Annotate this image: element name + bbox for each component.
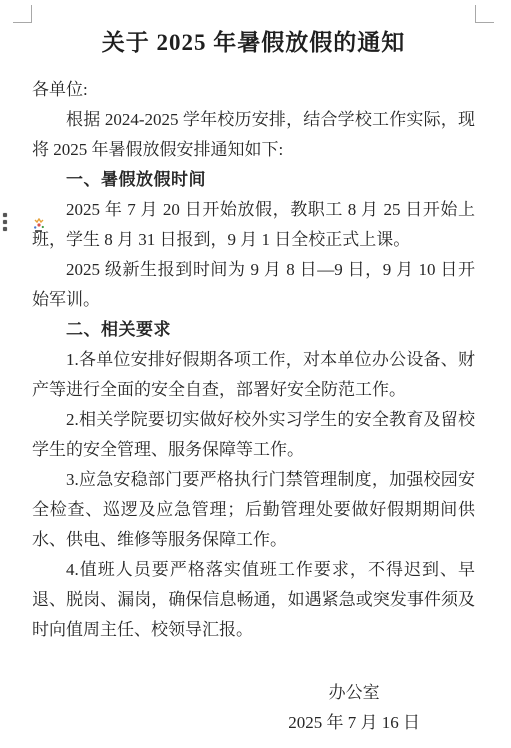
section-heading-2[interactable]: 二、相关要求	[32, 315, 475, 345]
salutation[interactable]: 各单位:	[32, 75, 475, 105]
signature-org: 办公室	[288, 678, 420, 708]
margin-crop-mark-top-right-icon	[475, 5, 494, 23]
paragraph-holiday-dates[interactable]: 2025 年 7 月 20 日开始放假，教职工 8 月 25 日开始上班，学生 …	[32, 195, 475, 255]
paragraph-intro[interactable]: 根据 2024-2025 学年校历安排，结合学校工作实际，现将 2025 年暑假…	[32, 105, 475, 165]
paragraph-freshman-dates[interactable]: 2025 级新生报到时间为 9 月 8 日—9 日，9 月 10 日开始军训。	[32, 255, 475, 315]
paragraph-requirement-4[interactable]: 4.值班人员要严格落实值班工作要求，不得迟到、早退、脱岗、漏岗，确保信息畅通，如…	[32, 555, 475, 645]
margin-crop-mark-top-left-icon	[13, 5, 32, 23]
document-title: 关于 2025 年暑假放假的通知	[32, 28, 475, 58]
document-page[interactable]: 关于 2025 年暑假放假的通知 各单位: 根据 2024-2025 学年校历安…	[0, 0, 511, 748]
paragraph-requirement-1[interactable]: 1.各单位安排好假期各项工作，对本单位办公设备、财产等进行全面的安全自查，部署好…	[32, 345, 475, 405]
paragraph-requirement-2[interactable]: 2.相关学院要切实做好校外实习学生的安全教育及留校学生的安全管理、服务保障等工作…	[32, 405, 475, 465]
signature-block: 办公室 2025 年 7 月 16 日	[288, 678, 420, 738]
paragraph-requirement-3[interactable]: 3.应急安稳部门要严格执行门禁管理制度，加强校园安全检查、巡逻及应急管理；后勤管…	[32, 465, 475, 555]
side-handle-dots-icon[interactable]	[3, 213, 7, 231]
document-body[interactable]: 关于 2025 年暑假放假的通知 各单位: 根据 2024-2025 学年校历安…	[32, 28, 475, 738]
section-heading-1[interactable]: 一、暑假放假时间	[32, 165, 475, 195]
signature-date: 2025 年 7 月 16 日	[288, 708, 420, 738]
